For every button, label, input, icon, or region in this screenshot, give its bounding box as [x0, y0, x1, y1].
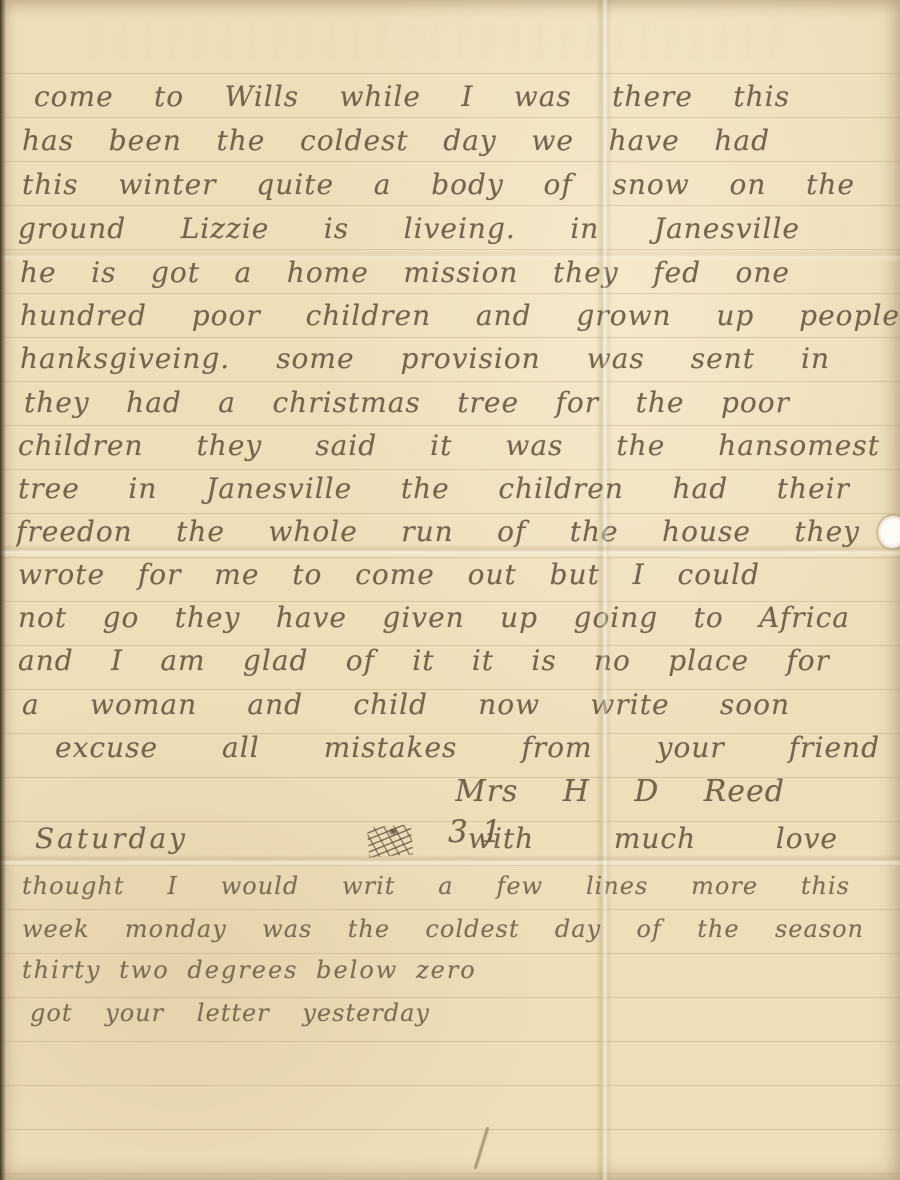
- horizontal-fold-crease: [0, 545, 900, 557]
- letter-line: has been the coldest day we have had: [22, 124, 770, 164]
- letter-line: a woman and child now write soon: [22, 688, 790, 728]
- postscript-line: week monday was the coldest day of the s…: [22, 915, 864, 949]
- letter-line: children they said it was the hansomest: [18, 429, 880, 469]
- letter-line: this winter quite a body of snow on the: [22, 168, 855, 208]
- postscript-line: thought I would writ a few lines more th…: [22, 872, 850, 906]
- paper-hole-tear: [878, 516, 900, 548]
- letter-line: tree in Janesville the children had thei…: [18, 472, 850, 512]
- signature: Mrs H D Reed: [455, 774, 785, 814]
- bleedthrough-ghost-marks: [70, 22, 790, 60]
- letter-line: wrote for me to come out but I could: [18, 558, 760, 598]
- letter-line: hanksgiveing. some provision was sent in: [20, 342, 830, 382]
- letter-line: and I am glad of it it is no place for: [18, 644, 830, 684]
- vertical-fold-crease: [596, 0, 612, 1180]
- scan-dark-edge: [0, 0, 6, 1180]
- letter-scan-page: come to Wills while I was there this has…: [0, 0, 900, 1180]
- letter-line: he is got a home mission they fed one: [20, 256, 790, 296]
- letter-line: ground Lizzie is liveing. in Janesville: [18, 212, 800, 252]
- scribbled-out-text: [367, 825, 413, 858]
- postscript-line: thirty two degrees below zero: [22, 956, 477, 984]
- letter-line: not go they have given up going to Afric…: [18, 601, 850, 641]
- date-day: Saturday: [35, 822, 188, 855]
- letter-line: excuse all mistakes from your friend: [55, 731, 880, 771]
- date-number: 31: [448, 814, 515, 850]
- letter-line: hundred poor children and grown up peopl…: [20, 299, 900, 339]
- letter-line: they had a christmas tree for the poor: [24, 386, 790, 426]
- horizontal-fold-crease: [0, 250, 900, 262]
- postscript-line: got your letter yesterday: [30, 999, 430, 1033]
- stray-pen-mark: [474, 1127, 490, 1170]
- letter-line: come to Wills while I was there this: [34, 80, 790, 120]
- horizontal-fold-crease: [0, 855, 900, 867]
- ruled-lines: [0, 30, 900, 1180]
